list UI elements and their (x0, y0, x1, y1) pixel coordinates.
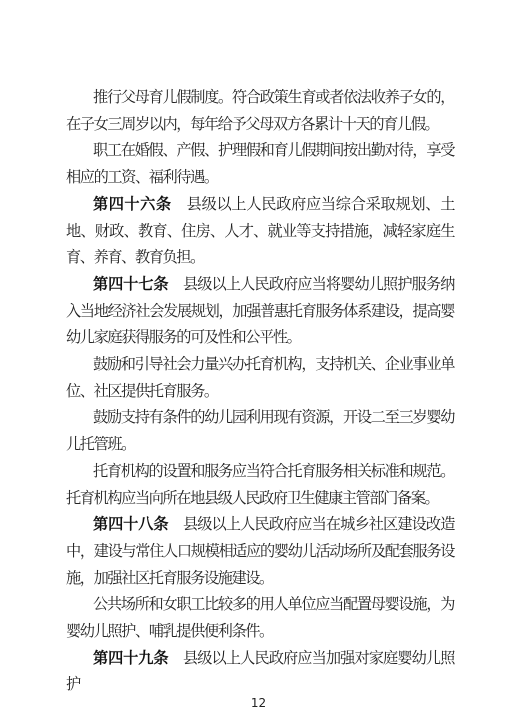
paragraph-kindergarten: 鼓励支持有条件的幼儿园利用现有资源，开设二至三岁婴幼儿托管班。 (66, 404, 454, 457)
article-number: 第四十八条 (93, 515, 168, 533)
paragraph-leave-treatment: 职工在婚假、产假、护理假和育儿假期间按出勤对待，享受相应的工资、福利待遇。 (66, 137, 454, 190)
document-page: 推行父母育儿假制度。符合政策生育或者依法收养子女的，在子女三周岁以内，每年给予父… (0, 0, 517, 722)
article-number: 第四十六条 (93, 195, 172, 213)
paragraph-text: 托育机构的设置和服务应当符合托育服务相关标准和规范。托育机构应当向所在地县级人民… (66, 462, 454, 507)
document-body: 推行父母育儿假制度。符合政策生育或者依法收养子女的，在子女三周岁以内，每年给予父… (66, 84, 454, 698)
article-47: 第四十七条县级以上人民政府应当将婴幼儿照护服务纳入当地经济社会发展规划，加强普惠… (66, 271, 454, 351)
article-49: 第四十九条县级以上人民政府应当加强对家庭婴幼儿照护 (66, 645, 454, 698)
article-number: 第四十九条 (93, 649, 168, 667)
paragraph-text: 公共场所和女职工比较多的用人单位应当配置母婴设施，为婴幼儿照护、哺乳提供便利条件… (66, 595, 454, 640)
paragraph-text: 职工在婚假、产假、护理假和育儿假期间按出勤对待，享受相应的工资、福利待遇。 (66, 141, 454, 186)
paragraph-maternal-facilities: 公共场所和女职工比较多的用人单位应当配置母婴设施，为婴幼儿照护、哺乳提供便利条件… (66, 591, 454, 644)
page-number: 12 (0, 696, 517, 710)
paragraph-text: 鼓励和引导社会力量兴办托育机构，支持机关、企业事业单位、社区提供托育服务。 (66, 355, 454, 400)
article-46: 第四十六条县级以上人民政府应当综合采取规划、土地、财政、教育、住房、人才、就业等… (66, 191, 454, 271)
paragraph-social-forces: 鼓励和引导社会力量兴办托育机构，支持机关、企业事业单位、社区提供托育服务。 (66, 351, 454, 404)
paragraph-text: 推行父母育儿假制度。符合政策生育或者依法收养子女的，在子女三周岁以内，每年给予父… (66, 88, 454, 133)
article-number: 第四十七条 (93, 275, 168, 293)
paragraph-parental-leave: 推行父母育儿假制度。符合政策生育或者依法收养子女的，在子女三周岁以内，每年给予父… (66, 84, 454, 137)
paragraph-text: 鼓励支持有条件的幼儿园利用现有资源，开设二至三岁婴幼儿托管班。 (66, 408, 454, 453)
paragraph-childcare-standards: 托育机构的设置和服务应当符合托育服务相关标准和规范。托育机构应当向所在地县级人民… (66, 458, 454, 511)
article-48: 第四十八条县级以上人民政府应当在城乡社区建设改造中，建设与常住人口规模相适应的婴… (66, 511, 454, 591)
